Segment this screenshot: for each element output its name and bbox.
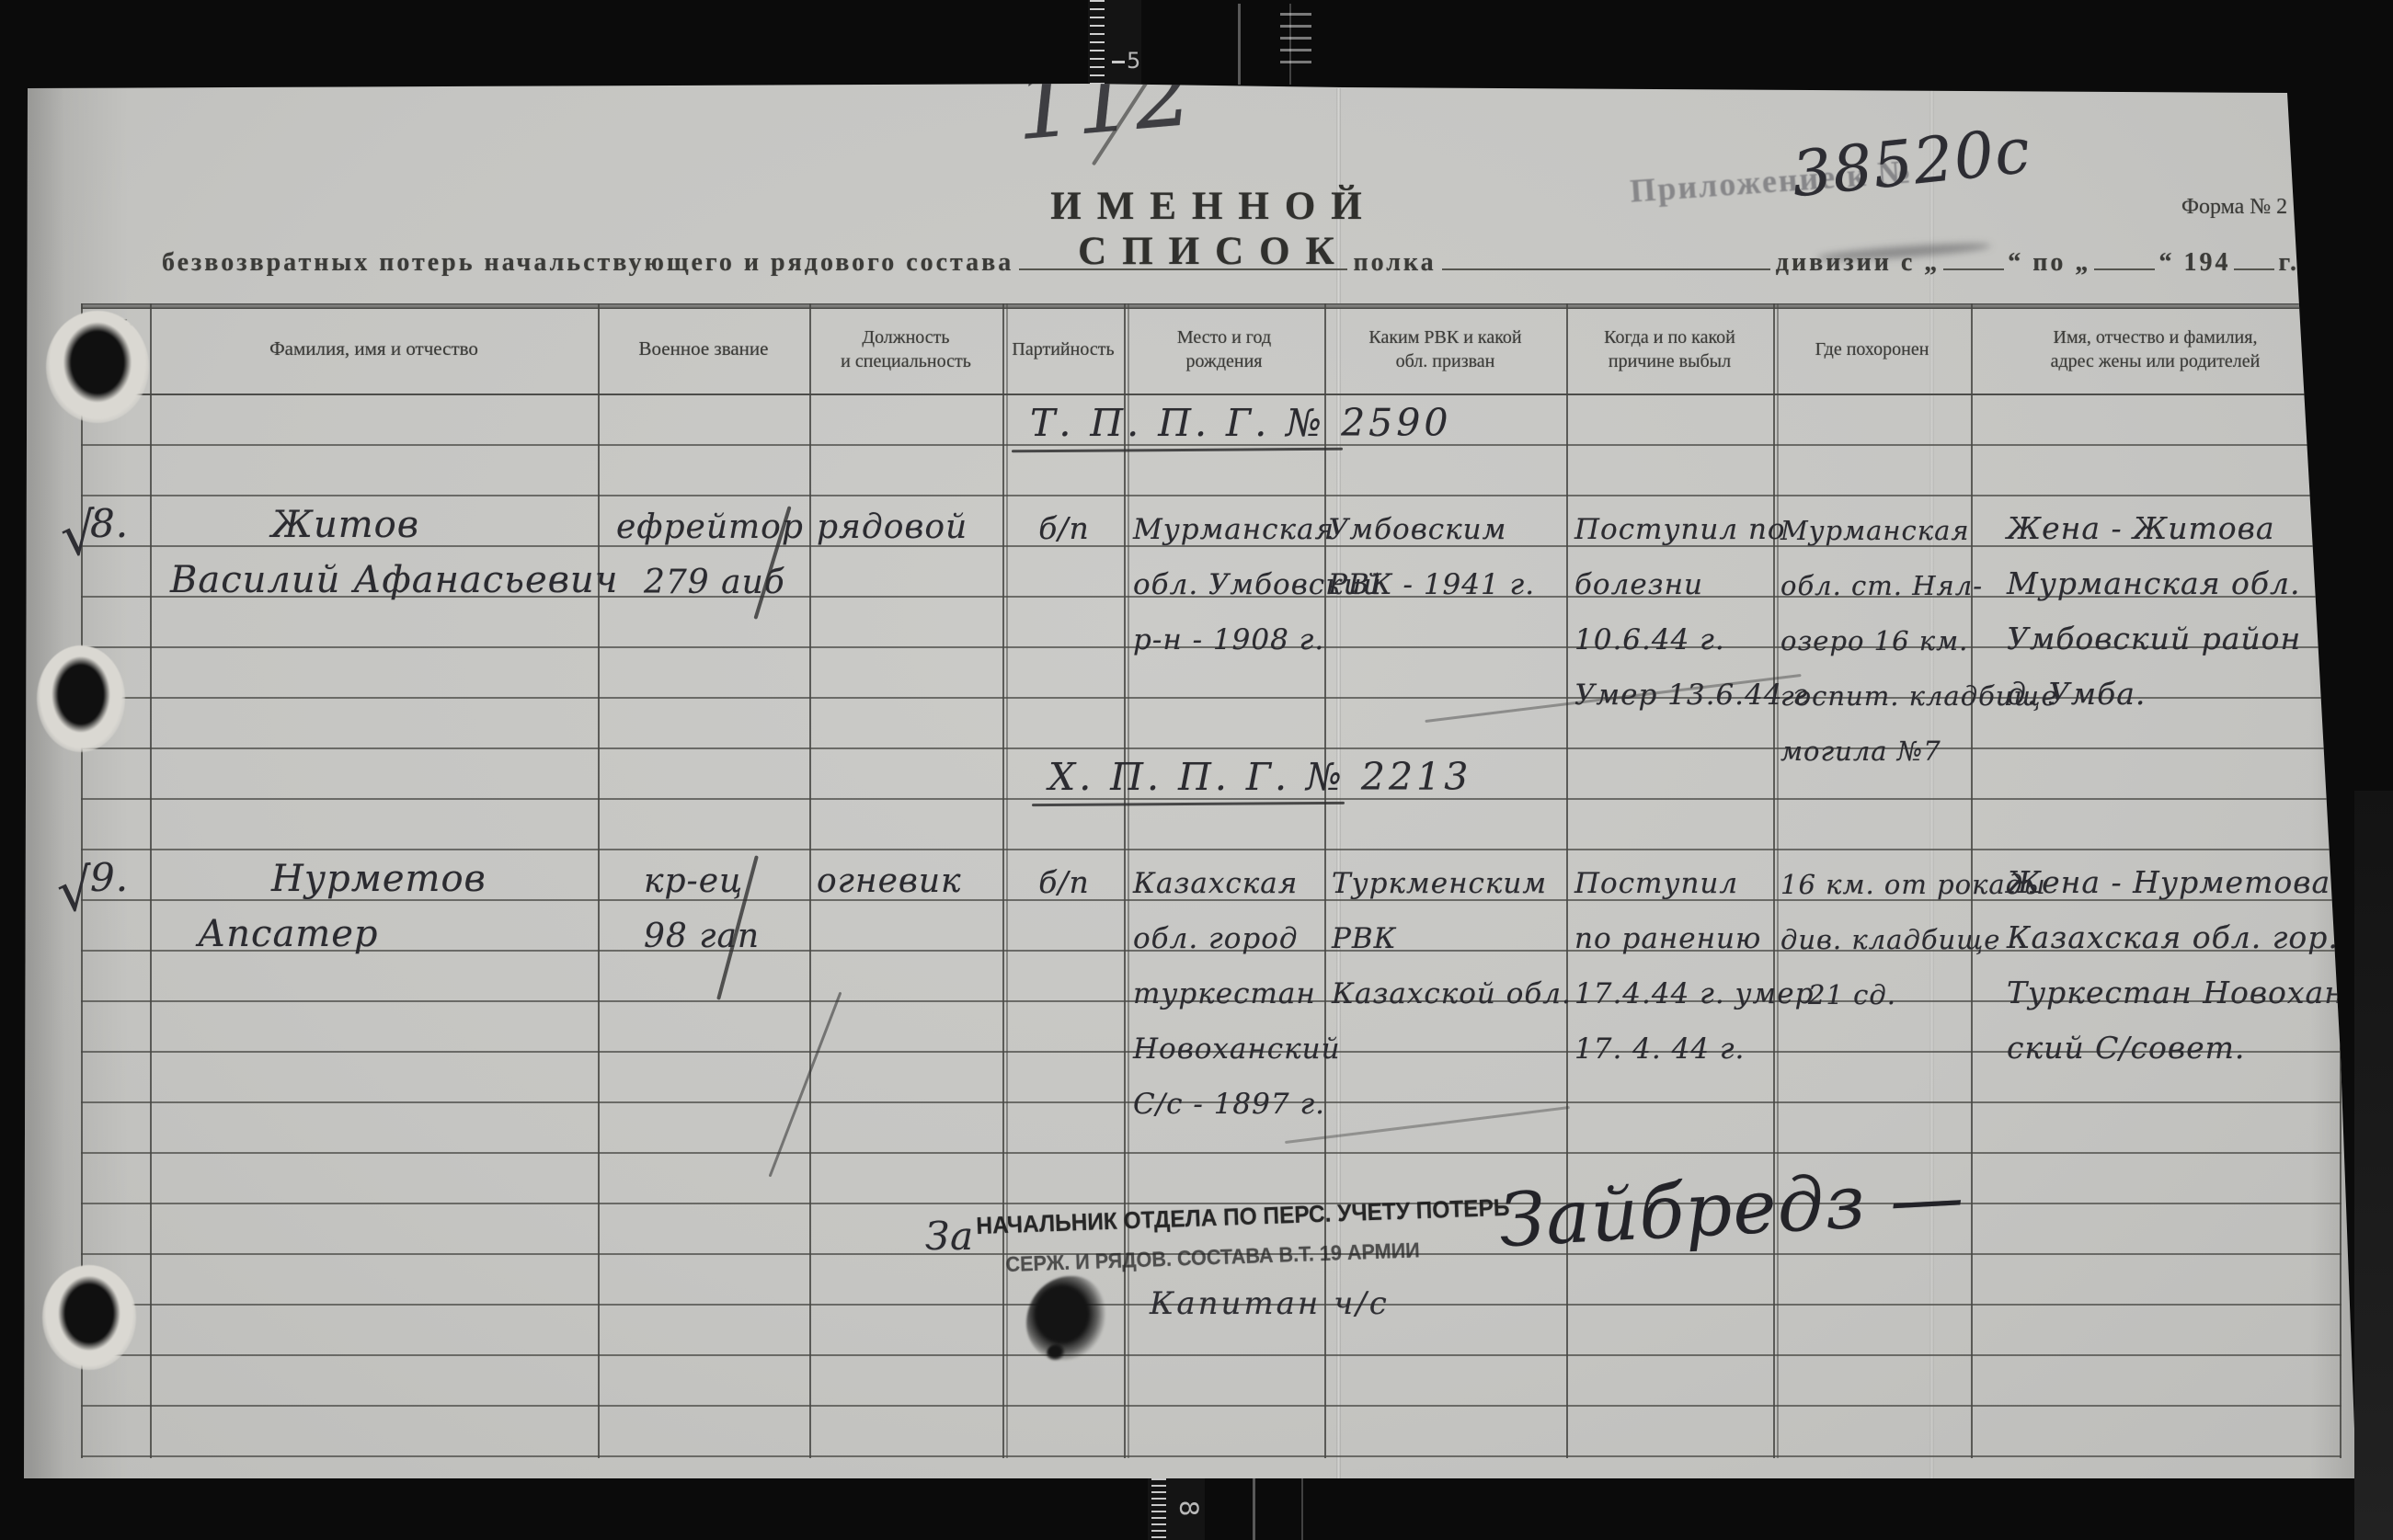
column-header-burial: Где похоронен — [1773, 305, 1971, 394]
column-header-party: Партийность — [1002, 305, 1124, 394]
appendix-stamp-number: 38520с — [1789, 115, 2034, 212]
rvk-cell: Туркменским РВК Казахской обл. — [1332, 850, 1565, 1015]
blank-line — [2094, 268, 2155, 270]
rank-cell: ефрейтор 279 аиб — [607, 496, 802, 606]
signed-for-prefix: За — [925, 1214, 974, 1259]
hospital-section-heading: Х. П. П. Г. № 2213 — [1048, 748, 1416, 804]
ruler-number-top: 5 — [1127, 48, 1140, 74]
form-label: Форма № 2 — [2181, 195, 2287, 220]
burial-cell: 16 км. от рокады див. кладбище 21 сд. — [1780, 850, 1969, 1015]
scan-edge-band — [2354, 791, 2393, 1540]
blank-line — [1019, 268, 1347, 270]
position-cell: рядовой — [817, 496, 999, 551]
party-cell: б/п — [1008, 850, 1120, 905]
subtitle-part6: г. — [2278, 248, 2299, 278]
column-divider — [150, 303, 152, 1458]
ruler-number-bottom: 8 — [1174, 1500, 1204, 1517]
birthplace-cell: Мурманская обл. Умбовский р-н - 1908 г. — [1133, 496, 1322, 661]
column-divider — [1566, 303, 1568, 1458]
blank-line — [2234, 268, 2274, 270]
birthplace-cell: Казахская обл. город туркестан Новоханск… — [1133, 850, 1322, 1125]
scanner-ruler-top: 5 — [1088, 0, 1141, 85]
subtitle-line: безвозвратных потерь начальствующего и р… — [162, 248, 2299, 278]
soldier-name-cell: Житов Василий Афанасьевич — [161, 496, 586, 606]
row-number-cell: 9. — [90, 850, 147, 905]
party-cell: б/п — [1008, 496, 1120, 551]
column-header-rvk: Каким РВК и какой обл. призван — [1324, 305, 1566, 394]
subtitle-part3: дивизии с „ — [1776, 248, 1941, 278]
column-divider — [1773, 303, 1775, 1458]
family-cell: Жена - Житова Мурманская обл. Умбовский … — [1979, 496, 2340, 716]
column-header-rank: Военное звание — [598, 305, 809, 394]
position-cell: огневик — [817, 850, 999, 905]
scan-artifact-line — [1253, 1478, 1255, 1540]
cause-cell: Поступил по ранению 17.4.44 г. умер 17. … — [1574, 850, 1771, 1070]
scanner-ruler-bottom: 8 — [1148, 1478, 1205, 1540]
punch-hole — [42, 1265, 136, 1370]
subtitle-part4: “ по „ — [2008, 248, 2090, 278]
blank-line — [1943, 268, 2004, 270]
ruler-ticks — [1151, 1478, 1166, 1540]
rank-cell: кр-ец 98 гап — [607, 850, 802, 960]
column-header-family: Имя, отчество и фамилия, адрес жены или … — [1971, 305, 2340, 394]
rvk-cell: Умбовским РВК - 1941 г. — [1328, 496, 1565, 606]
ruler-dash — [1112, 61, 1125, 63]
column-divider — [1002, 303, 1004, 1458]
scanned-document: 5 112 ИМЕННОЙ СПИСОК Приложение к № 3852… — [0, 0, 2393, 1540]
hospital-section-heading: Т. П. П. Г. № 2590 — [1030, 394, 1416, 450]
column-divider — [598, 303, 600, 1458]
punch-hole — [37, 645, 125, 752]
paper-sheet: 112 ИМЕННОЙ СПИСОК Приложение к № 38520с… — [0, 0, 2393, 1540]
row-number-cell: 8. — [90, 496, 147, 551]
column-header-birthplace: Место и год рождения — [1124, 305, 1324, 394]
ruler-ticks — [1090, 0, 1105, 85]
column-divider — [809, 303, 811, 1458]
subtitle-part5: “ 194 — [2158, 248, 2230, 278]
punch-hole — [46, 311, 149, 423]
subtitle-part2: полка — [1353, 248, 1436, 278]
family-cell: Жена - Нурметова Казахская обл. гор. Тур… — [1979, 850, 2340, 1070]
subtitle-part1: безвозвратных потерь начальствующего и р… — [162, 248, 1013, 278]
burial-cell: Мурманская обл. ст. Нял- озеро 16 км. го… — [1780, 496, 1969, 771]
ruler-marks — [1280, 13, 1311, 72]
column-divider — [1124, 303, 1126, 1458]
column-header-position: Должность и специальность — [809, 305, 1002, 394]
column-header-name: Фамилия, имя и отчество — [150, 305, 598, 394]
column-header-cause: Когда и по какой причине выбыл — [1566, 305, 1773, 394]
blank-line — [1442, 268, 1770, 270]
scan-artifact-line — [1238, 4, 1241, 85]
soldier-name-cell: Нурметов Апсатер — [161, 850, 586, 960]
table-border-right — [2340, 303, 2341, 1458]
scan-artifact-line — [1301, 1478, 1303, 1540]
footer-stamp-rank: Капитан ч/с — [1150, 1285, 1390, 1322]
